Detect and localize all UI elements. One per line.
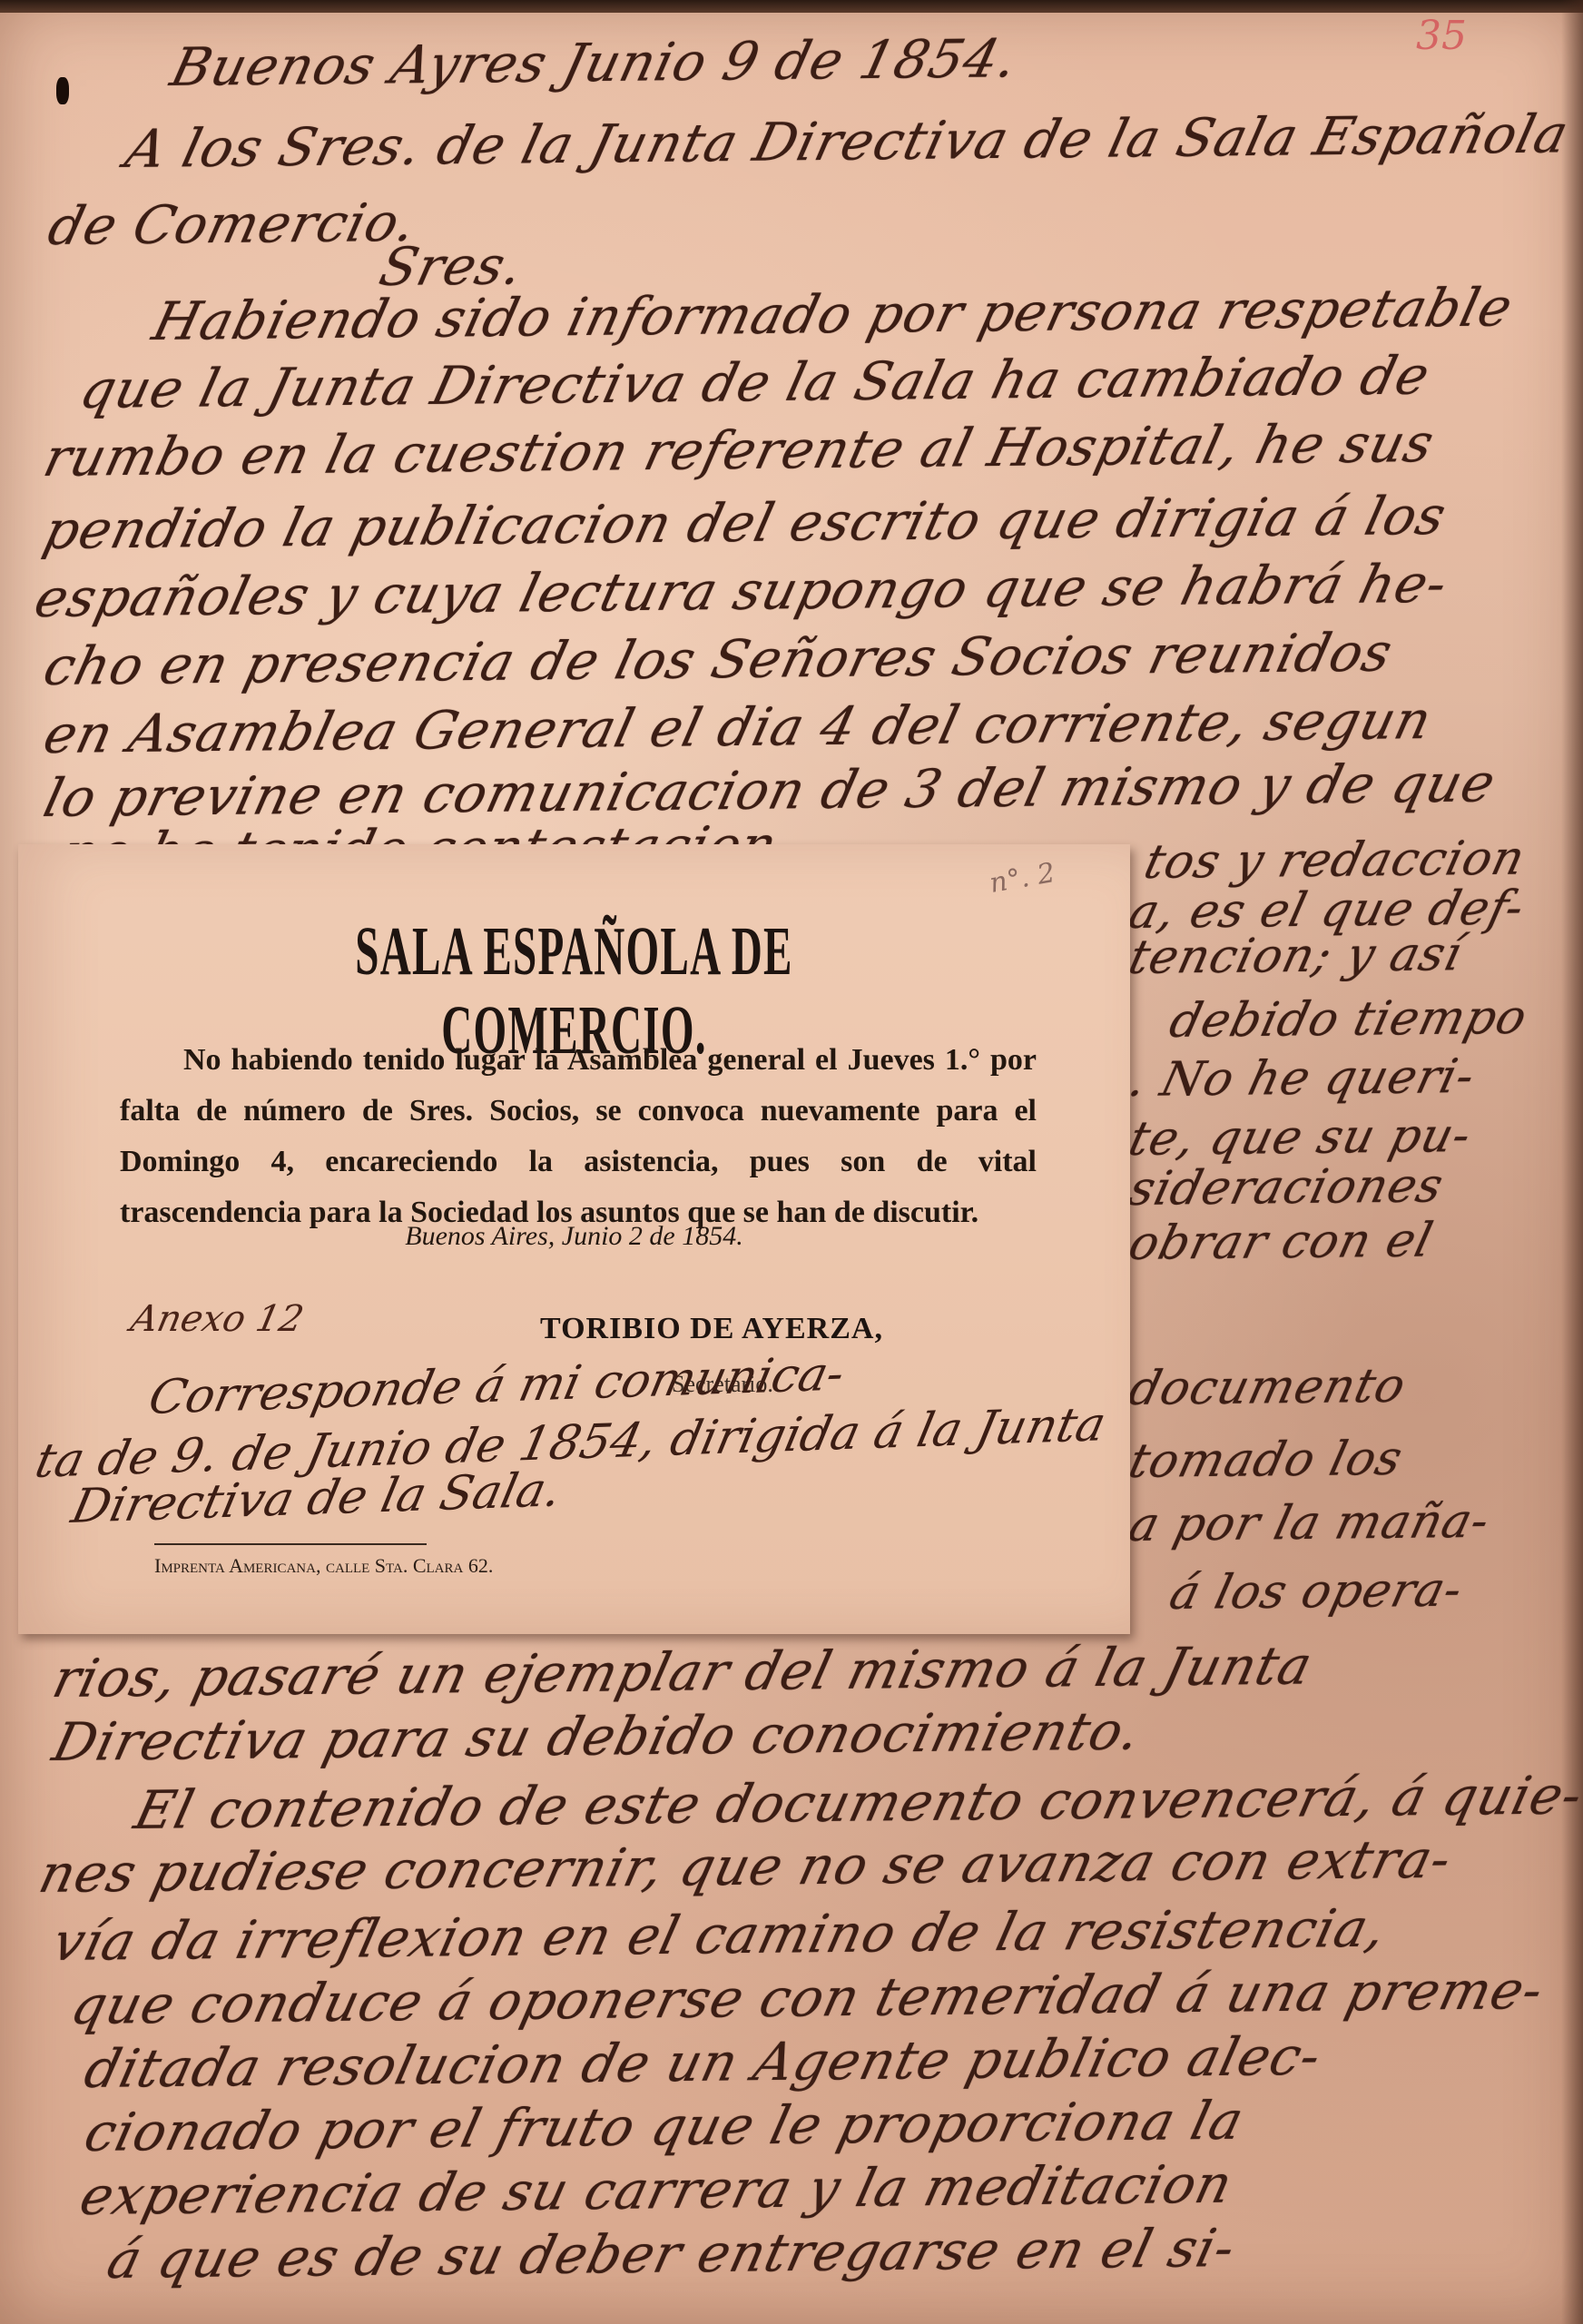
letter-right-line: tomado los: [1124, 1432, 1408, 1489]
letter-addressee: A los Sres. de la Junta Directiva de la …: [120, 103, 1575, 180]
letter-right-line: obrar con el: [1124, 1214, 1439, 1271]
letter-body-line: á que es de su deber entregarse en el si…: [102, 2217, 1242, 2290]
page-top-edge: [0, 0, 1583, 13]
letter-body-line: cho en presencia de los Señores Socios r…: [38, 622, 1399, 697]
letter-right-line: á los opera-: [1165, 1563, 1469, 1620]
printed-notice-card: n°. 2 SALA ESPAÑOLA DE COMERCIO. No habi…: [18, 844, 1130, 1634]
letter-right-line: . No he queri-: [1124, 1049, 1480, 1108]
letter-right-line: tencion; y así: [1124, 927, 1468, 985]
card-annotation: n°. 2: [988, 857, 1057, 900]
letter-body-line: españoles y cuya lectura supongo que se …: [29, 553, 1454, 629]
card-handwritten-mark: Anexo 12: [127, 1298, 307, 1340]
letter-body-line: pendido la publicacion del escrito que d…: [38, 485, 1452, 561]
letter-body-line: que la Junta Directiva de la Sala ha cam…: [74, 345, 1436, 420]
card-body-text: No habiendo tenido lugar la Asamblea gen…: [120, 1043, 1037, 1229]
card-date-line: Buenos Aires, Junio 2 de 1854.: [18, 1221, 1130, 1252]
letter-right-line: sideraciones: [1124, 1158, 1449, 1216]
letter-body-line: rios, pasaré un ejemplar del mismo á la …: [47, 1635, 1319, 1709]
card-printer-imprint: Imprenta Americana, calle Sta. Clara 62.: [154, 1554, 493, 1578]
letter-addressee-cont: de Comercio.: [43, 192, 423, 257]
letter-body-line: ditada resolucion de un Agente publico a…: [79, 2025, 1328, 2100]
letter-dateline: Buenos Ayres Junio 9 de 1854.: [165, 27, 1024, 98]
letter-body-line: en Asamblea General el dia 4 del corrien…: [38, 689, 1438, 765]
letter-body-line: experiencia de su carrera y la meditacio…: [74, 2153, 1239, 2227]
manuscript-page: 35 Buenos Ayres Junio 9 de 1854. A los S…: [0, 0, 1583, 2324]
card-divider: [154, 1543, 427, 1545]
letter-body-line: vía da irreflexion en el camino de la re…: [47, 1897, 1392, 1973]
card-signatory: TORIBIO DE AYERZA,: [540, 1312, 883, 1346]
letter-body-line: rumbo en la cuestion referente al Hospit…: [38, 412, 1440, 488]
letter-right-line: debido tiempo: [1165, 990, 1533, 1049]
letter-body-line: Directiva para su debido conocimiento.: [47, 1700, 1147, 1773]
letter-right-line: te, que su pu-: [1124, 1108, 1477, 1167]
binding-hole: [56, 77, 69, 104]
letter-body-line: Habiendo sido informado por persona resp…: [147, 276, 1519, 352]
letter-right-line: a por la maña-: [1124, 1494, 1495, 1552]
letter-right-line: documento: [1124, 1359, 1411, 1416]
page-right-edge: [1561, 0, 1583, 2324]
card-body: No habiendo tenido lugar la Asamblea gen…: [120, 1035, 1037, 1238]
letter-body-line: cionado por el fruto que le proporciona …: [79, 2090, 1250, 2163]
folio-number: 35: [1416, 13, 1467, 59]
